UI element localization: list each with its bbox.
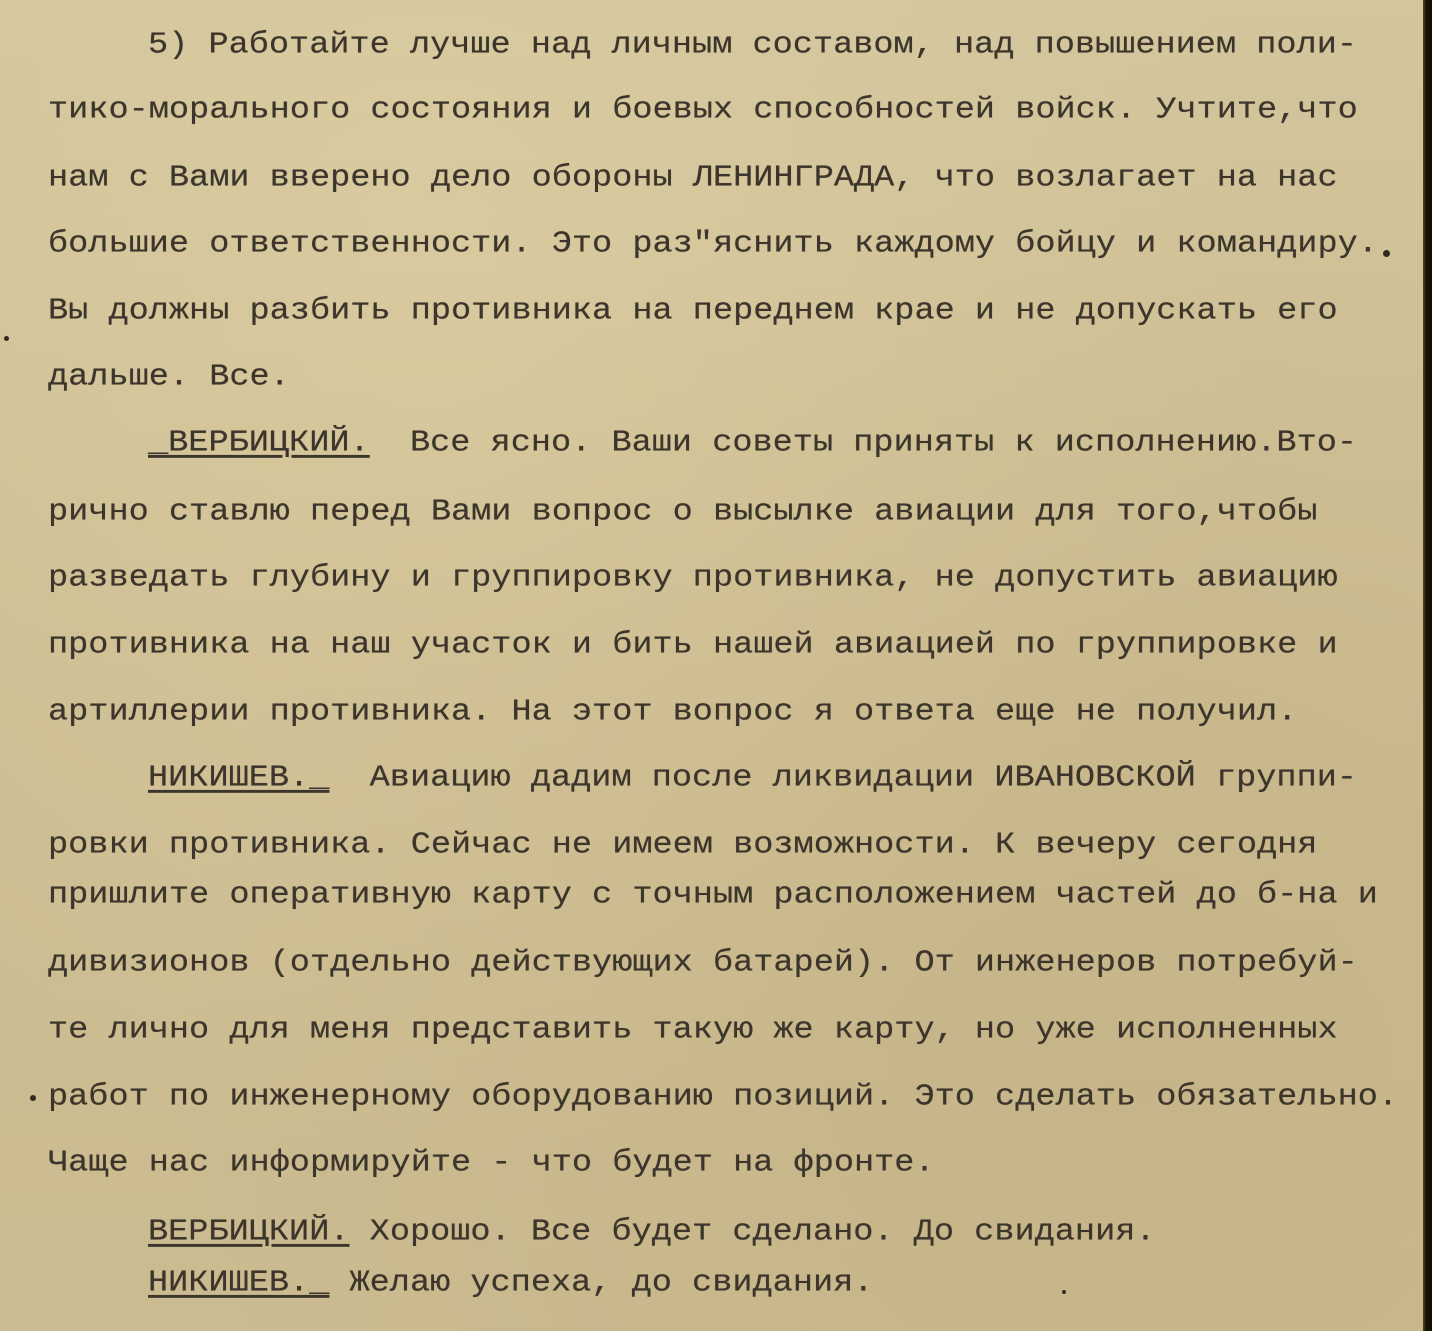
line-text: работ по инженерному оборудованию позици…	[48, 1080, 1398, 1115]
text-line: тико-морального состояния и боевых спосо…	[48, 92, 1358, 129]
speaker-name: _ВЕРБИЦКИЙ.	[148, 426, 370, 461]
line-text: Хорошо. Все будет сделано. До свидания.	[350, 1215, 1156, 1250]
line-text: Желаю успеха, до свидания.	[329, 1266, 873, 1301]
line-text: дальше. Все.	[48, 360, 290, 395]
line-text: дивизионов (отдельно действующих батарей…	[48, 946, 1358, 981]
line-text: 5) Работайте лучше над личным составом, …	[148, 28, 1357, 63]
line-text: те лично для меня представить такую же к…	[48, 1013, 1338, 1048]
ink-speck	[1062, 1290, 1066, 1294]
text-line: пришлите оперативную карту с точным расп…	[48, 877, 1378, 914]
ink-speck	[30, 1095, 36, 1101]
line-text: пришлите оперативную карту с точным расп…	[48, 878, 1378, 913]
speaker-line: ВЕРБИЦКИЙ. Хорошо. Все будет сделано. До…	[148, 1214, 1156, 1251]
speaker-line: _ВЕРБИЦКИЙ. Все ясно. Ваши советы принят…	[148, 425, 1357, 462]
text-line: те лично для меня представить такую же к…	[48, 1012, 1338, 1049]
speaker-name: НИКИШЕВ._	[148, 761, 329, 796]
text-line: нам с Вами вверено дело обороны ЛЕНИНГРА…	[48, 160, 1338, 197]
line-text: Чаще нас информируйте - что будет на фро…	[48, 1146, 935, 1181]
text-line: артиллерии противника. На этот вопрос я …	[48, 694, 1297, 731]
line-text: Все ясно. Ваши советы приняты к исполнен…	[370, 426, 1357, 461]
speaker-name: ВЕРБИЦКИЙ.	[148, 1215, 350, 1250]
text-line: 5) Работайте лучше над личным составом, …	[148, 27, 1357, 64]
page-edge	[1423, 0, 1432, 1331]
line-text: большие ответственности. Это раз"яснить …	[48, 227, 1378, 262]
line-text: противника на наш участок и бить нашей а…	[48, 628, 1338, 663]
text-line: Чаще нас информируйте - что будет на фро…	[48, 1145, 935, 1182]
line-text: ровки противника. Сейчас не имеем возмож…	[48, 828, 1317, 863]
ink-speck	[1383, 250, 1390, 257]
typewritten-page: 5) Работайте лучше над личным составом, …	[0, 0, 1423, 1331]
line-text: разведать глубину и группировку противни…	[48, 561, 1338, 596]
speaker-line: НИКИШЕВ._ Авиацию дадим после ликвидации…	[148, 760, 1357, 797]
text-line: ровки противника. Сейчас не имеем возмож…	[48, 827, 1317, 864]
line-text: нам с Вами вверено дело обороны ЛЕНИНГРА…	[48, 161, 1338, 196]
text-line: противника на наш участок и бить нашей а…	[48, 627, 1338, 664]
line-text: артиллерии противника. На этот вопрос я …	[48, 695, 1297, 730]
text-line: рично ставлю перед Вами вопрос о высылке…	[48, 494, 1317, 531]
text-line: дивизионов (отдельно действующих батарей…	[48, 945, 1358, 982]
text-line: дальше. Все.	[48, 359, 290, 396]
line-text: Вы должны разбить противника на переднем…	[48, 294, 1338, 329]
speaker-line: НИКИШЕВ._ Желаю успеха, до свидания.	[148, 1265, 873, 1302]
speaker-name: НИКИШЕВ._	[148, 1266, 329, 1301]
line-text: тико-морального состояния и боевых спосо…	[48, 93, 1358, 128]
line-text: рично ставлю перед Вами вопрос о высылке…	[48, 495, 1317, 530]
text-line: большие ответственности. Это раз"яснить …	[48, 226, 1378, 263]
line-text: Авиацию дадим после ликвидации ИВАНОВСКО…	[329, 761, 1357, 796]
ink-speck	[4, 336, 9, 341]
text-line: работ по инженерному оборудованию позици…	[48, 1079, 1398, 1116]
text-line: Вы должны разбить противника на переднем…	[48, 293, 1338, 330]
text-line: разведать глубину и группировку противни…	[48, 560, 1338, 597]
